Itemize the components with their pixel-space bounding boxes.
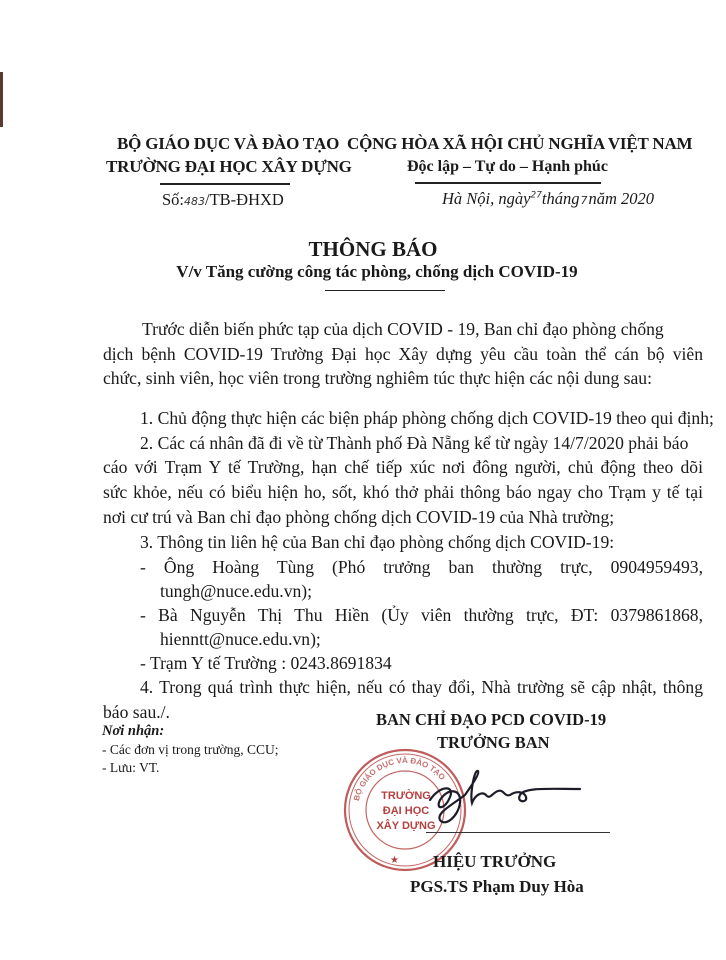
contact-1-line-1: - Ông Hoàng Tùng (Phó trưởng ban thường … bbox=[140, 555, 703, 580]
motto-underline bbox=[415, 182, 601, 184]
date-month-label: tháng bbox=[542, 189, 580, 208]
doc-number-prefix: Số: bbox=[162, 190, 184, 209]
item-2-line-4: nơi cư trú và Ban chỉ đạo phòng chống dị… bbox=[103, 505, 614, 530]
intro-line-2: dịch bệnh COVID-19 Trường Đại học Xây dự… bbox=[103, 342, 703, 367]
recipient-item: - Các đơn vị trong trường, CCU; bbox=[102, 742, 278, 758]
item-4-line-2: báo sau./. bbox=[103, 700, 170, 725]
subject-underline bbox=[325, 290, 445, 291]
recipient-item: - Lưu: VT. bbox=[102, 760, 159, 776]
signer-name: PGS.TS Phạm Duy Hòa bbox=[410, 877, 584, 897]
item-2-line-1: 2. Các cá nhân đã đi về từ Thành phố Đà … bbox=[140, 431, 688, 456]
recipients-label: Nơi nhận: bbox=[102, 723, 164, 740]
stamp-star-icon: ★ bbox=[390, 855, 399, 866]
date-day-handwritten: 27 bbox=[530, 191, 541, 201]
date-month-handwritten: 7 bbox=[581, 194, 588, 207]
intro-line-1: Trước diễn biến phức tạp của dịch COVID … bbox=[142, 317, 664, 342]
country-name: CỘNG HÒA XÃ HỘI CHỦ NGHĨA VIỆT NAM bbox=[347, 134, 692, 154]
contact-1-email: tungh@nuce.edu.vn); bbox=[160, 579, 312, 604]
item-1: 1. Chủ động thực hiện các biện pháp phòn… bbox=[140, 406, 714, 431]
doc-number-handwritten: 483 bbox=[184, 195, 205, 208]
contact-3-clinic: - Trạm Y tế Trường : 0243.8691834 bbox=[140, 651, 392, 676]
scan-edge-artifact bbox=[0, 72, 3, 127]
document-subject: V/v Tăng cường công tác phòng, chống dịc… bbox=[0, 262, 726, 282]
item-2-line-3: sức khỏe, nếu có biểu hiện ho, sốt, khó … bbox=[103, 480, 703, 505]
issue-date: Hà Nội, ngày27tháng7năm 2020 bbox=[442, 189, 654, 209]
national-motto: Độc lập – Tự do – Hạnh phúc bbox=[407, 158, 608, 176]
university-name: TRƯỜNG ĐẠI HỌC XÂY DỰNG bbox=[106, 157, 352, 177]
contact-2-line-1: - Bà Nguyễn Thị Thu Hiền (Ủy viên thường… bbox=[140, 603, 703, 628]
intro-line-3: chức, sinh viên, học viên trong trường n… bbox=[103, 366, 652, 391]
item-3: 3. Thông tin liên hệ của Ban chỉ đạo phò… bbox=[140, 530, 614, 555]
ministry-name: BỘ GIÁO DỤC VÀ ĐÀO TẠO bbox=[117, 134, 339, 154]
date-year: năm 2020 bbox=[589, 189, 655, 208]
signature-line bbox=[426, 832, 610, 833]
item-2-line-2: cáo với Trạm Y tế Trường, hạn chế tiếp x… bbox=[103, 455, 703, 480]
document-number: Số:483/TB-ĐHXD bbox=[162, 190, 284, 210]
contact-2-email: hienntt@nuce.edu.vn); bbox=[160, 627, 321, 652]
doc-number-suffix: /TB-ĐHXD bbox=[205, 190, 284, 209]
signer-position: HIỆU TRƯỞNG bbox=[433, 852, 556, 872]
date-prefix: Hà Nội, ngày bbox=[442, 189, 530, 208]
signer-committee: BAN CHỈ ĐẠO PCD COVID-19 bbox=[376, 710, 606, 730]
university-underline bbox=[160, 183, 290, 185]
document-title: THÔNG BÁO bbox=[0, 237, 726, 262]
item-4-line-1: 4. Trong quá trình thực hiện, nếu có tha… bbox=[140, 675, 703, 700]
